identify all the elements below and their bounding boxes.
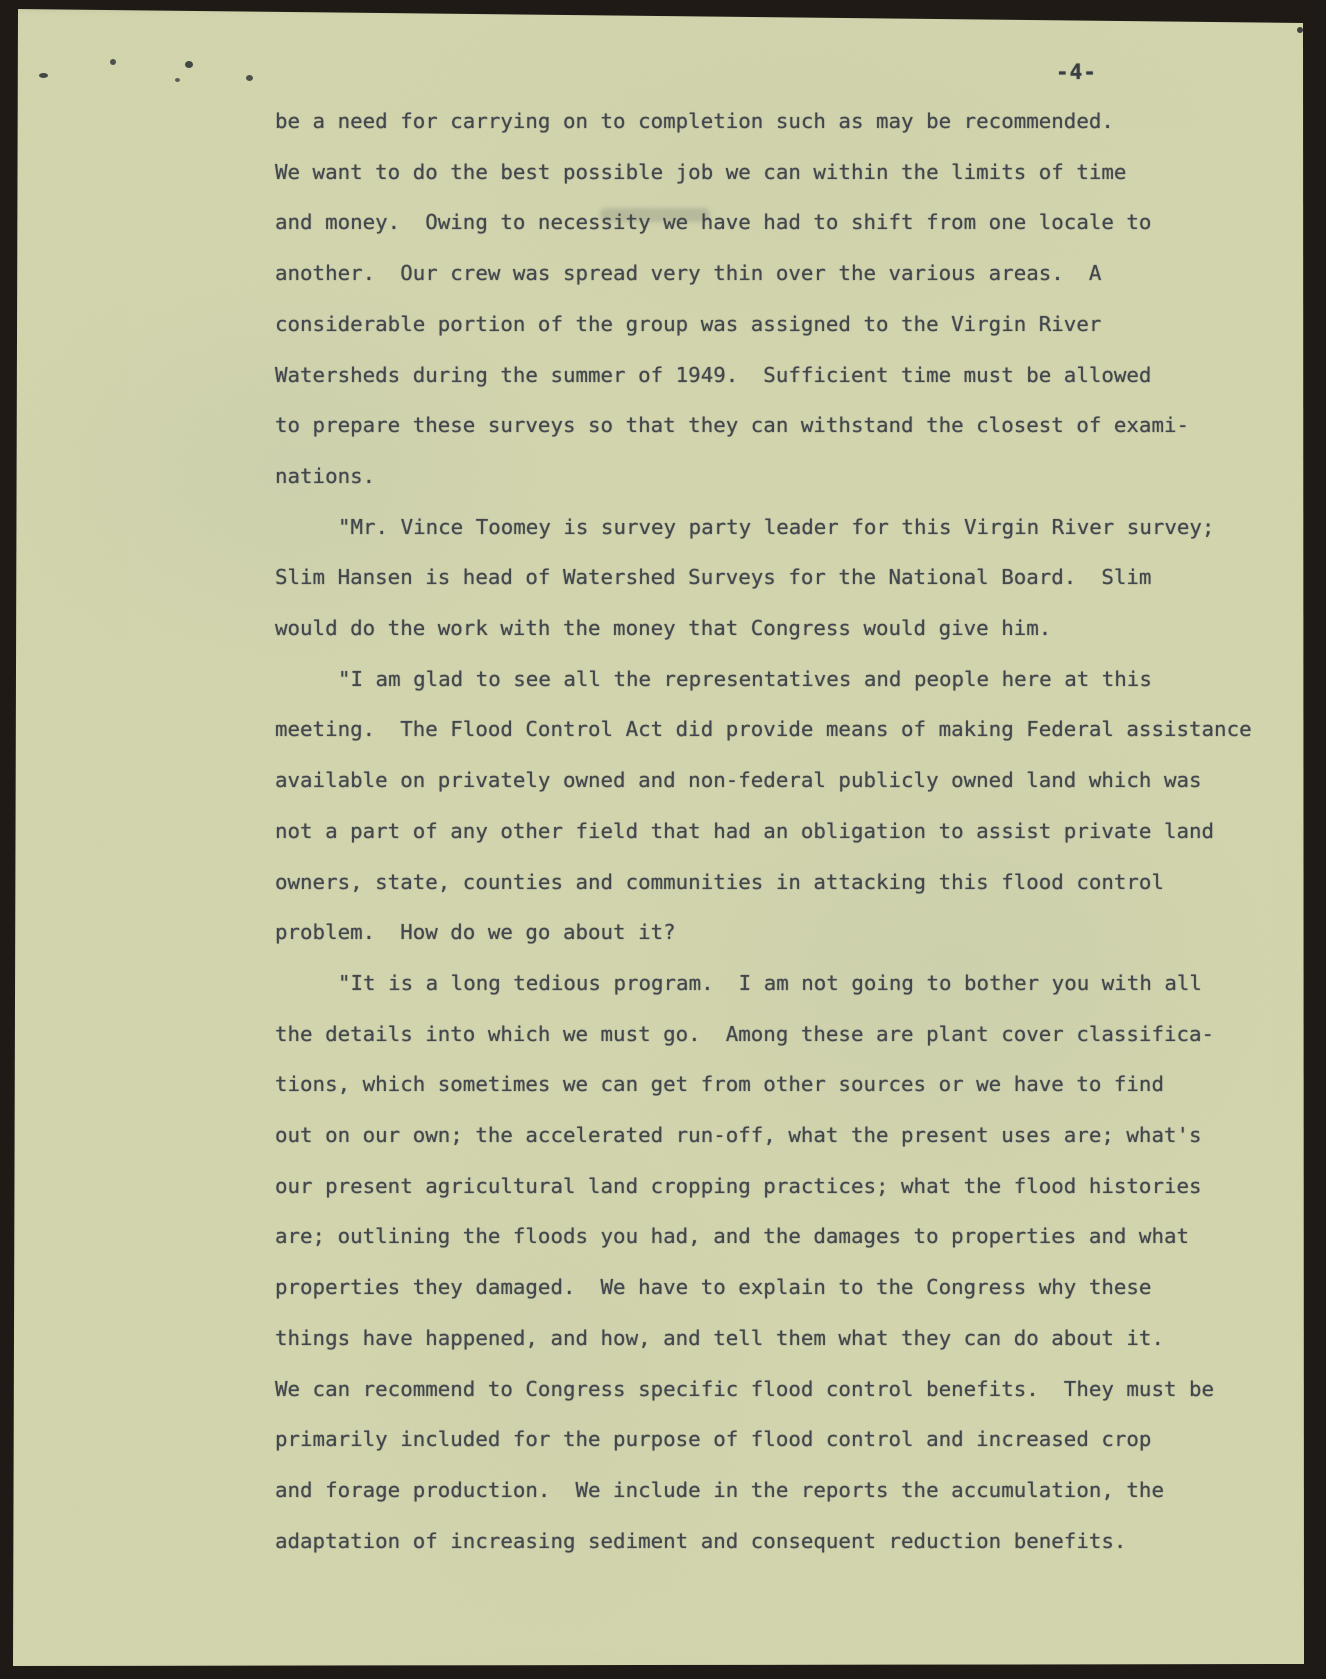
text-line: problem. How do we go about it? xyxy=(275,907,1275,958)
text-line: the details into which we must go. Among… xyxy=(275,1009,1275,1060)
ink-speck xyxy=(1297,27,1303,33)
text-line: owners, state, counties and communities … xyxy=(275,857,1275,908)
text-line: out on our own; the accelerated run-off,… xyxy=(275,1110,1275,1161)
text-line: not a part of any other field that had a… xyxy=(275,806,1275,857)
text-line: to prepare these surveys so that they ca… xyxy=(275,400,1275,451)
text-line: considerable portion of the group was as… xyxy=(275,299,1275,350)
text-line: "I am glad to see all the representative… xyxy=(275,654,1275,705)
text-line: would do the work with the money that Co… xyxy=(275,603,1275,654)
document-text: be a need for carrying on to completion … xyxy=(275,96,1275,1566)
text-line: tions, which sometimes we can get from o… xyxy=(275,1059,1275,1110)
ink-speck xyxy=(246,75,253,81)
ink-speck xyxy=(175,78,180,82)
text-line: properties they damaged. We have to expl… xyxy=(275,1262,1275,1313)
text-line: We want to do the best possible job we c… xyxy=(275,147,1275,198)
page-number: -4- xyxy=(1056,60,1097,84)
scan-backdrop: -4- be a need for carrying on to complet… xyxy=(0,0,1326,1679)
text-line: things have happened, and how, and tell … xyxy=(275,1313,1275,1364)
text-line: be a need for carrying on to completion … xyxy=(275,96,1275,147)
text-line: nations. xyxy=(275,451,1275,502)
text-line: "Mr. Vince Toomey is survey party leader… xyxy=(275,502,1275,553)
ink-speck xyxy=(110,59,116,65)
text-line: adaptation of increasing sediment and co… xyxy=(275,1516,1275,1567)
text-line: another. Our crew was spread very thin o… xyxy=(275,248,1275,299)
text-line: available on privately owned and non-fed… xyxy=(275,755,1275,806)
text-line: Watersheds during the summer of 1949. Su… xyxy=(275,350,1275,401)
text-line: "It is a long tedious program. I am not … xyxy=(275,958,1275,1009)
ink-speck xyxy=(39,73,48,78)
text-line: We can recommend to Congress specific fl… xyxy=(275,1364,1275,1415)
text-line: primarily included for the purpose of fl… xyxy=(275,1414,1275,1465)
text-line: meeting. The Flood Control Act did provi… xyxy=(275,704,1275,755)
text-line: our present agricultural land cropping p… xyxy=(275,1161,1275,1212)
text-line: are; outlining the floods you had, and t… xyxy=(275,1211,1275,1262)
text-line: and money. Owing to necessity we have ha… xyxy=(275,197,1275,248)
text-line: and forage production. We include in the… xyxy=(275,1465,1275,1516)
document-page: -4- be a need for carrying on to complet… xyxy=(0,0,1326,1679)
text-line: Slim Hansen is head of Watershed Surveys… xyxy=(275,552,1275,603)
ink-speck xyxy=(185,61,193,68)
